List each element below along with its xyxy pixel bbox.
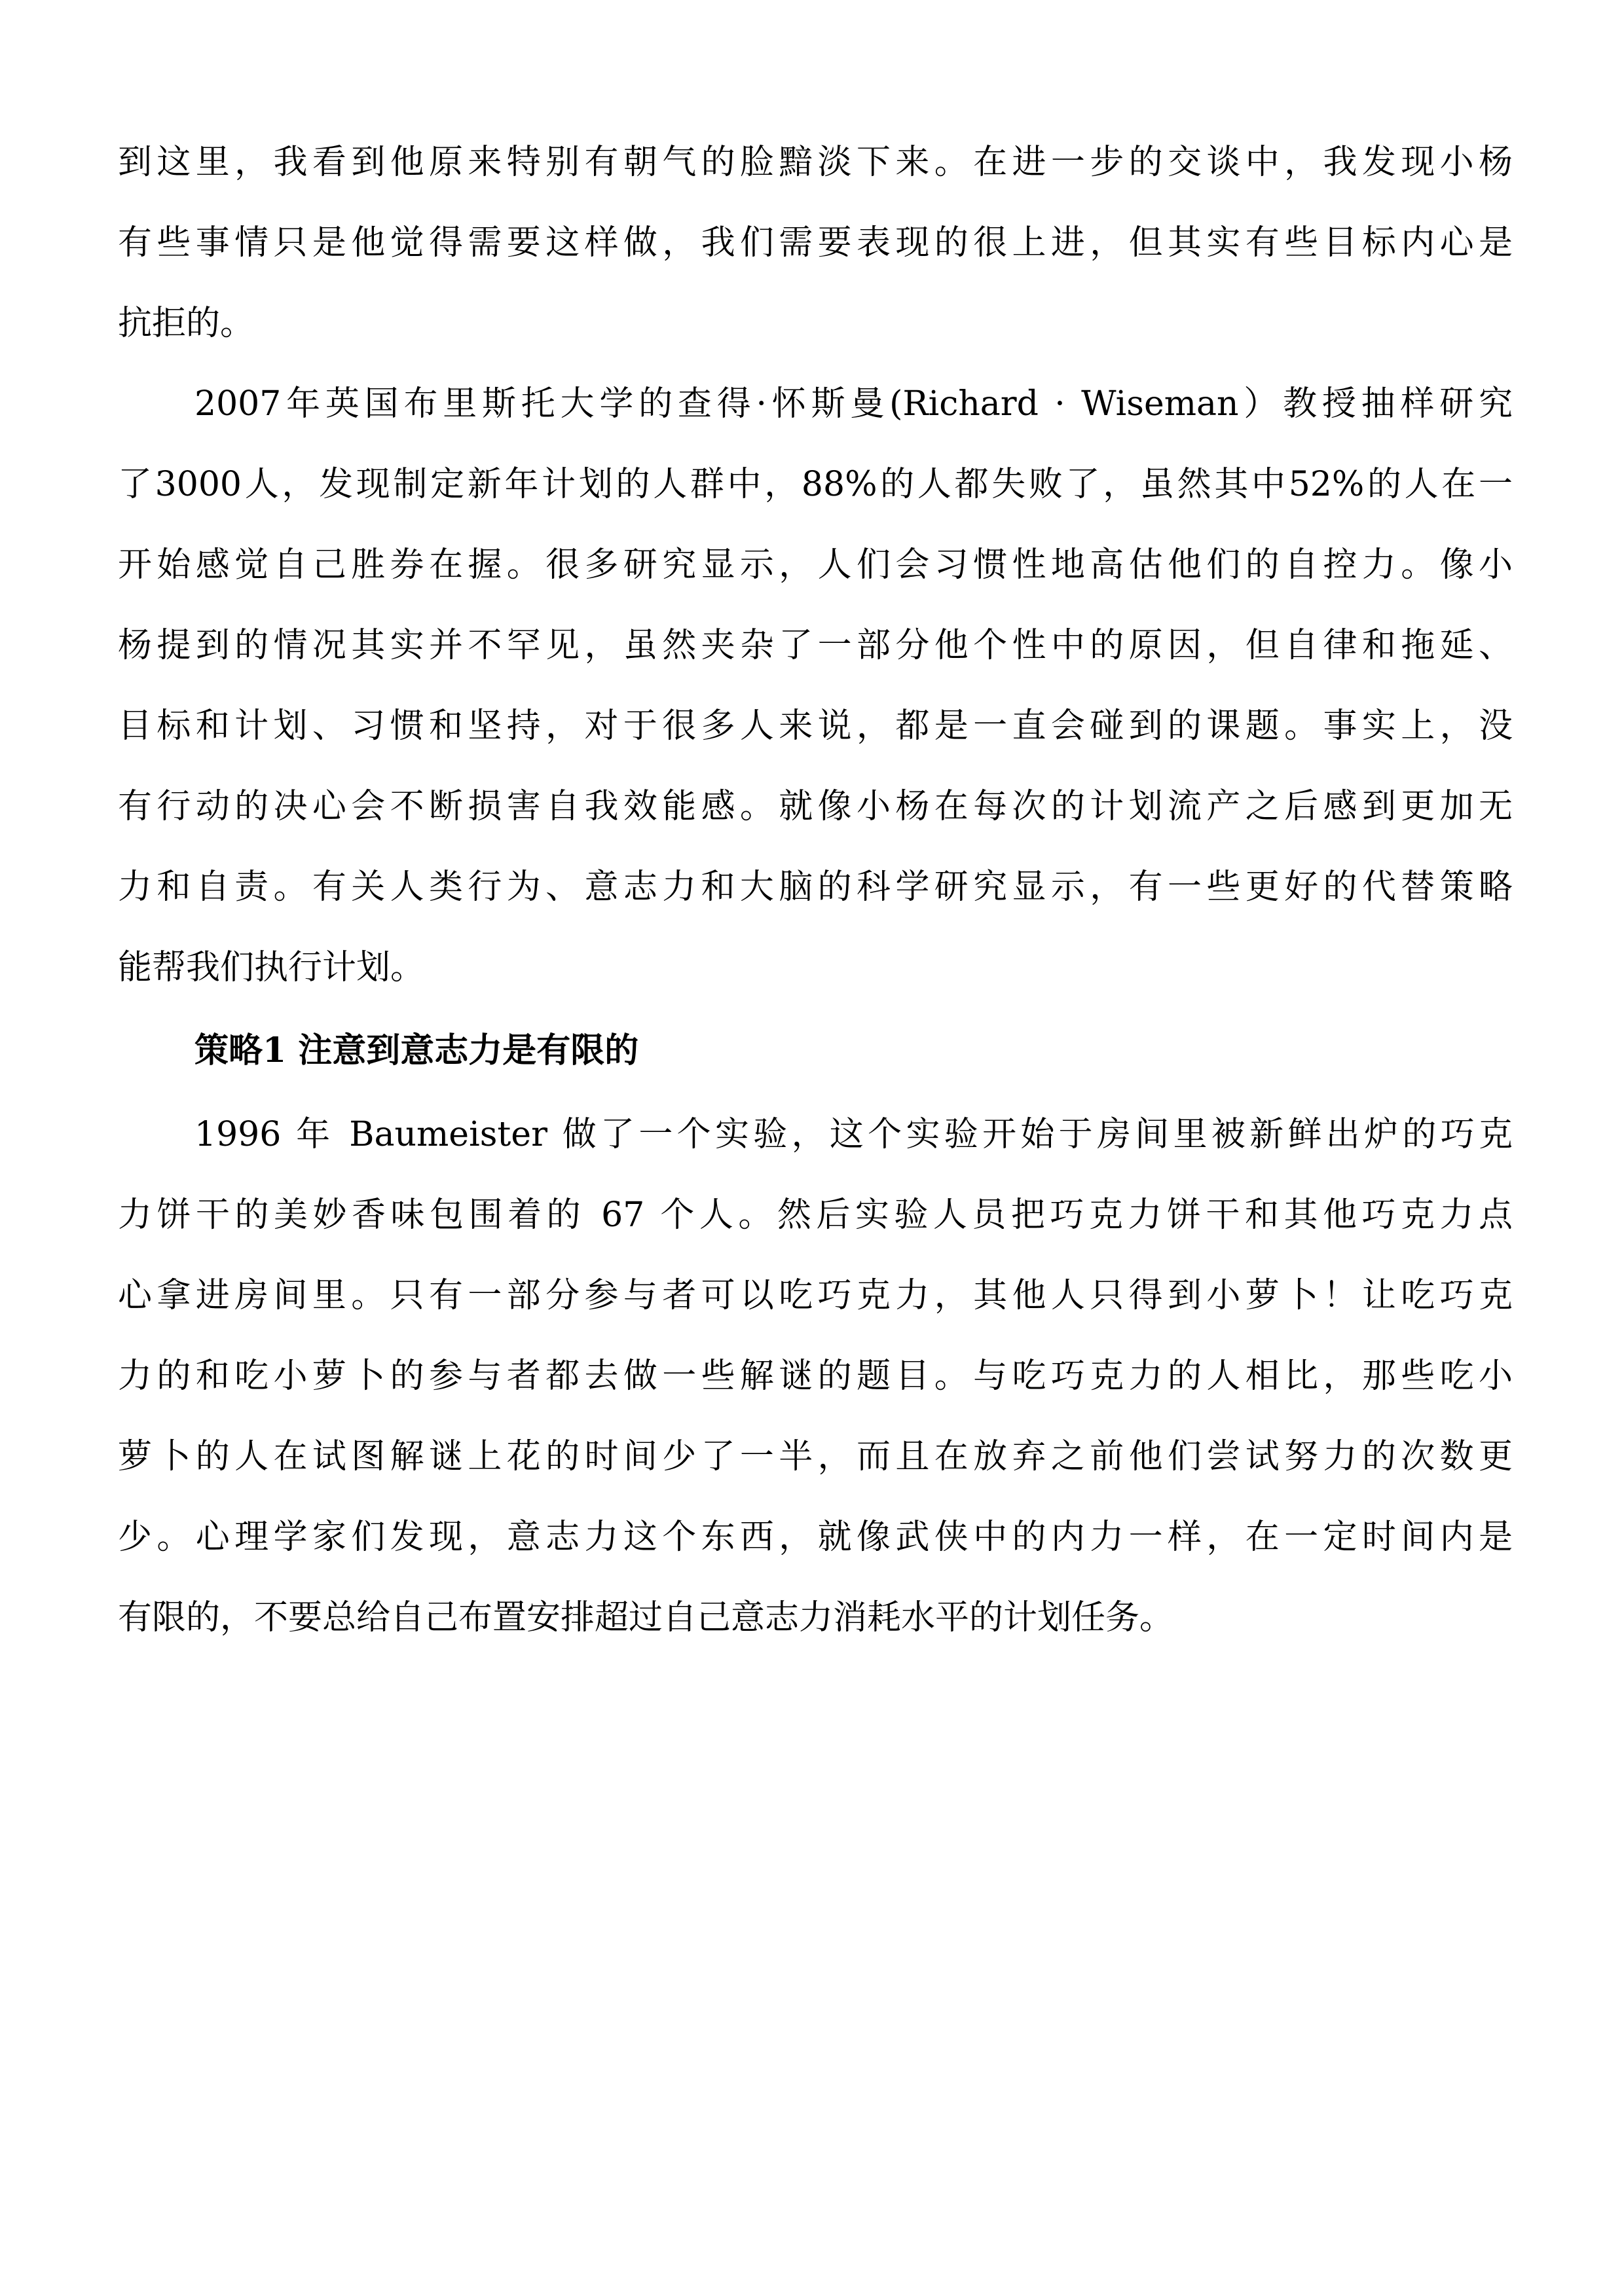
paragraph-2-line-4: 杨提到的情况其实并不罕见，虽然夹杂了一部分他个性中的原因，但自律和拖延、 <box>118 619 1513 672</box>
paragraph-1-line-3: 抗拒的。 <box>118 297 1513 350</box>
paragraph-3-line-2: 力饼干的美妙香味包围着的 67 个人。然后实验人员把巧克力饼干和其他巧克力点 <box>118 1189 1513 1241</box>
paragraph-2-line-8: 能帮我们执行计划。 <box>118 941 1513 994</box>
paragraph-2-line-6: 有行动的决心会不断损害自我效能感。就像小杨在每次的计划流产之后感到更加无 <box>118 780 1513 833</box>
paragraph-1-line-2: 有些事情只是他觉得需要这样做，我们需要表现的很上进，但其实有些目标内心是 <box>118 217 1513 269</box>
paragraph-3-line-1: 1996 年 Baumeister 做了一个实验，这个实验开始于房间里被新鲜出炉… <box>194 1108 1513 1161</box>
paragraph-2-line-7: 力和自责。有关人类行为、意志力和大脑的科学研究显示，有一些更好的代替策略 <box>118 861 1513 913</box>
paragraph-3-line-5: 萝卜的人在试图解谜上花的时间少了一半，而且在放弃之前他们尝试努力的次数更 <box>118 1430 1513 1483</box>
section-heading: 策略1 注意到意志力是有限的 <box>194 1025 1513 1077</box>
paragraph-1-line-1: 到这里，我看到他原来特别有朝气的脸黯淡下来。在进一步的交谈中，我发现小杨 <box>118 136 1513 189</box>
document-page: 到这里，我看到他原来特别有朝气的脸黯淡下来。在进一步的交谈中，我发现小杨 有些事… <box>0 0 1624 2296</box>
paragraph-2-line-2: 了3000人，发现制定新年计划的人群中，88%的人都失败了，虽然其中52%的人在… <box>118 458 1513 511</box>
paragraph-2-line-1: 2007年英国布里斯托大学的查得·怀斯曼(Richard · Wiseman）教… <box>194 378 1513 430</box>
paragraph-2-line-3: 开始感觉自己胜券在握。很多研究显示，人们会习惯性地高估他们的自控力。像小 <box>118 539 1513 591</box>
paragraph-3-line-7: 有限的，不要总给自己布置安排超过自己意志力消耗水平的计划任务。 <box>118 1592 1513 1644</box>
paragraph-3-line-3: 心拿进房间里。只有一部分参与者可以吃巧克力，其他人只得到小萝卜！让吃巧克 <box>118 1269 1513 1322</box>
paragraph-3-line-6: 少。心理学家们发现，意志力这个东西，就像武侠中的内力一样，在一定时间内是 <box>118 1511 1513 1563</box>
paragraph-3-line-4: 力的和吃小萝卜的参与者都去做一些解谜的题目。与吃巧克力的人相比，那些吃小 <box>118 1350 1513 1402</box>
paragraph-2-line-5: 目标和计划、习惯和坚持，对于很多人来说，都是一直会碰到的课题。事实上，没 <box>118 700 1513 752</box>
